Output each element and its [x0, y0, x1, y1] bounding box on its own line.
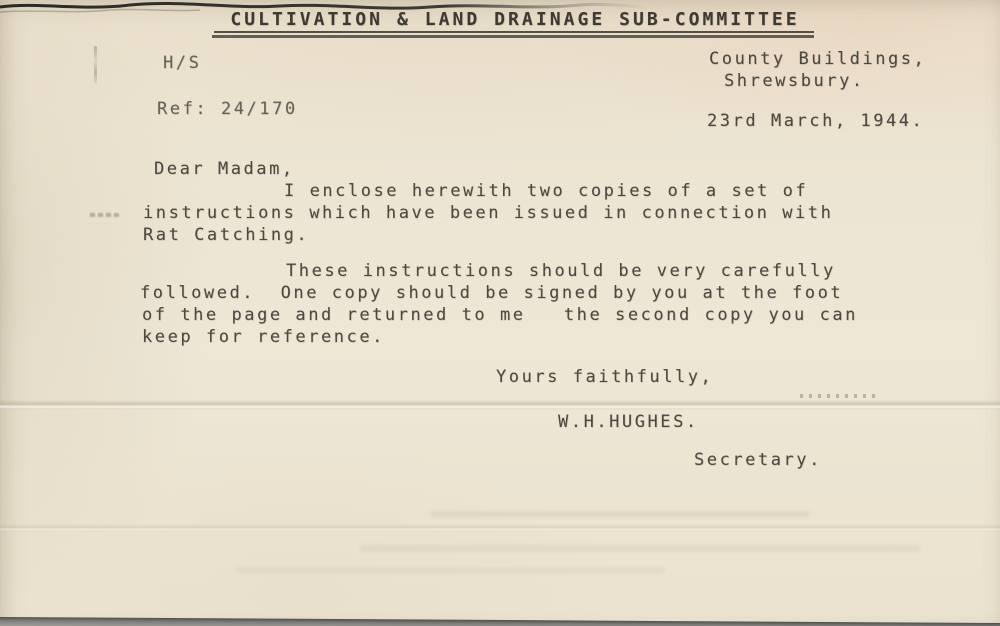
body-paragraph1-line1: I enclose herewith two copies of a set o… — [284, 181, 808, 201]
margin-pencil-mark — [90, 213, 122, 217]
ghost-text-mark — [430, 511, 810, 517]
body-paragraph2-line2: followed. One copy should be signed by y… — [140, 283, 843, 303]
dotted-specks-mark — [800, 394, 878, 398]
fold-crease-lower — [0, 524, 1000, 532]
body-paragraph1-line3: Rat Catching. — [143, 225, 309, 245]
heading-underline-bottom — [212, 35, 814, 38]
committee-heading: CULTIVATION & LAND DRAINAGE SUB-COMMITTE… — [222, 10, 808, 30]
typist-initials: H/S — [163, 53, 201, 73]
salutation-line: Dear Madam, — [154, 159, 295, 179]
ghost-text-mark — [235, 567, 665, 573]
body-paragraph1-line2: instructions which have been issued in c… — [143, 203, 833, 223]
heading-underline-top — [214, 31, 814, 33]
scanned-letter-page: CULTIVATION & LAND DRAINAGE SUB-COMMITTE… — [0, 0, 1000, 626]
body-paragraph2-line1: These instructions should be very carefu… — [286, 261, 836, 281]
signature-name: W.H.HUGHES. — [558, 412, 699, 432]
sender-address-line-1: County Buildings, — [709, 49, 926, 69]
signature-title: Secretary. — [694, 450, 822, 470]
scanner-bed-strip — [0, 617, 1000, 626]
sender-address-line-2: Shrewsbury. — [724, 71, 865, 91]
ink-smudge-mark — [94, 46, 97, 84]
fold-crease-upper — [0, 400, 1000, 410]
body-paragraph2-line4: keep for reference. — [142, 327, 385, 347]
ghost-text-mark — [360, 545, 920, 552]
body-paragraph2-line3: of the page and returned to me the secon… — [142, 305, 858, 325]
date-line: 23rd March, 1944. — [707, 111, 924, 131]
reference-line: Ref: 24/170 — [157, 99, 298, 119]
valediction-line: Yours faithfully, — [496, 367, 713, 387]
